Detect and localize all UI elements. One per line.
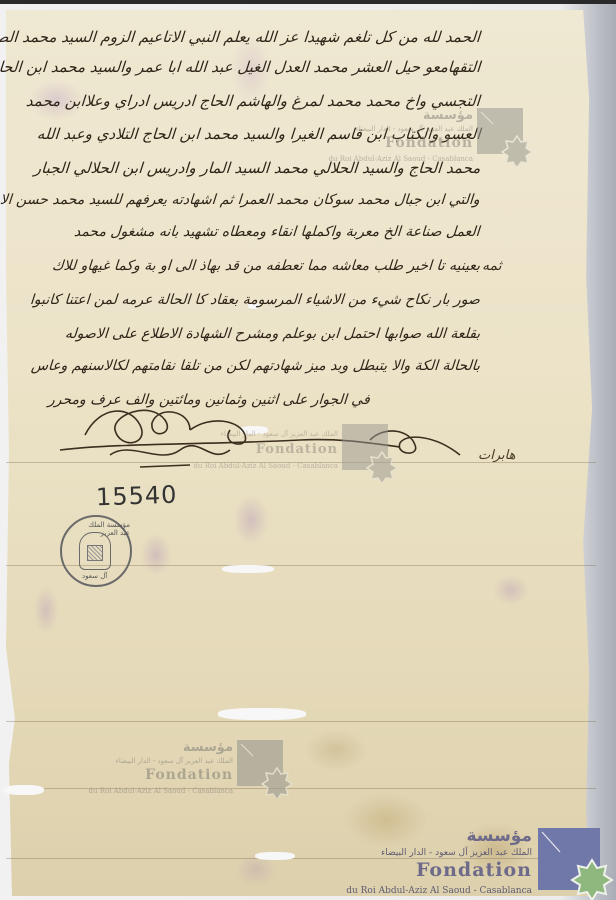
- paper-hole: [218, 708, 306, 720]
- seal-bottom-text: آل سعود: [82, 572, 107, 580]
- watermark-french-name: Fondation: [256, 442, 338, 457]
- foundation-watermark: مؤسسة الملك عبد العزيز آل سعود - الدار ا…: [346, 826, 616, 900]
- watermark-arabic-subtitle: الملك عبد العزيز آل سعود - الدار البيضاء: [221, 430, 338, 438]
- manuscript-line: بقلعة الله صوابها احتمل ابن بوعلم ومشرح …: [64, 326, 480, 342]
- foundation-logo-icon: [237, 740, 295, 798]
- seal-emblem: [79, 532, 111, 570]
- archive-number: 15540: [96, 481, 178, 512]
- foundation-logo-icon: [534, 828, 616, 900]
- watermark-arabic-name: مؤسسة: [183, 740, 233, 755]
- foundation-logo-icon: [477, 108, 535, 166]
- fold-line: [6, 721, 596, 722]
- signature: هابرات: [478, 448, 515, 463]
- paper-hole: [4, 785, 44, 795]
- seal-emblem-core: [87, 545, 103, 561]
- watermark-french-name: Fondation: [416, 859, 532, 881]
- foundation-watermark: مؤسسة الملك عبد العزيز آل سعود - الدار ا…: [300, 108, 535, 166]
- paper-hole: [222, 565, 274, 573]
- manuscript-line: العمل صناعة الخ معربة واكملها انقاء ومعط…: [74, 224, 481, 240]
- library-seal: مؤسسة الملك عبد العزيز آل سعود: [60, 515, 132, 587]
- watermark-french-subtitle: du Roi Abdul-Aziz Al Saoud - Casablanca: [194, 462, 338, 470]
- manuscript-line: صور بار نكاح شيء من الاشياء المرسومة بعق…: [29, 292, 480, 308]
- watermark-arabic-subtitle: الملك عبد العزيز آل سعود - الدار البيضاء: [116, 757, 233, 765]
- foundation-watermark: الملك عبد العزيز آل سعود - الدار البيضاء…: [170, 430, 400, 480]
- manuscript-line: بعينيه تا اخير طلب معاشه مما تعطفه من قد…: [51, 258, 480, 274]
- watermark-arabic-name: مؤسسة: [423, 108, 473, 123]
- watermark-french-subtitle: du Roi Abdul-Aziz Al Saoud - Casablanca: [329, 155, 473, 163]
- foundation-watermark: مؤسسة الملك عبد العزيز آل سعود - الدار ا…: [60, 740, 295, 798]
- margin-note: ثمه: [482, 258, 502, 274]
- watermark-french-name: Fondation: [145, 767, 233, 783]
- manuscript-line: بالحالة الكة والا يتبطل وبد ميز شهادتهم …: [30, 358, 480, 374]
- watermark-french-subtitle: du Roi Abdul-Aziz Al Saoud - Casablanca: [346, 886, 532, 896]
- manuscript-line: والتي ابن جبال محمد سوكان محمد العمرا ثم…: [0, 192, 481, 208]
- watermark-arabic-name: مؤسسة: [466, 826, 532, 846]
- paper-hole: [255, 852, 295, 860]
- watermark-arabic-subtitle: الملك عبد العزيز آل سعود - الدار البيضاء: [356, 125, 473, 133]
- watermark-arabic-subtitle: الملك عبد العزيز آل سعود - الدار البيضاء: [381, 848, 532, 858]
- manuscript-line: الحمد لله من كل تلغم شهيدا عز الله يعلم …: [0, 28, 481, 46]
- watermark-french-subtitle: du Roi Abdul-Aziz Al Saoud - Casablanca: [89, 787, 233, 795]
- watermark-french-name: Fondation: [385, 135, 473, 151]
- manuscript-line: التقهامعو حيل العشر محمد العدل الغيل عبد…: [0, 58, 481, 76]
- foundation-logo-icon: [342, 424, 400, 482]
